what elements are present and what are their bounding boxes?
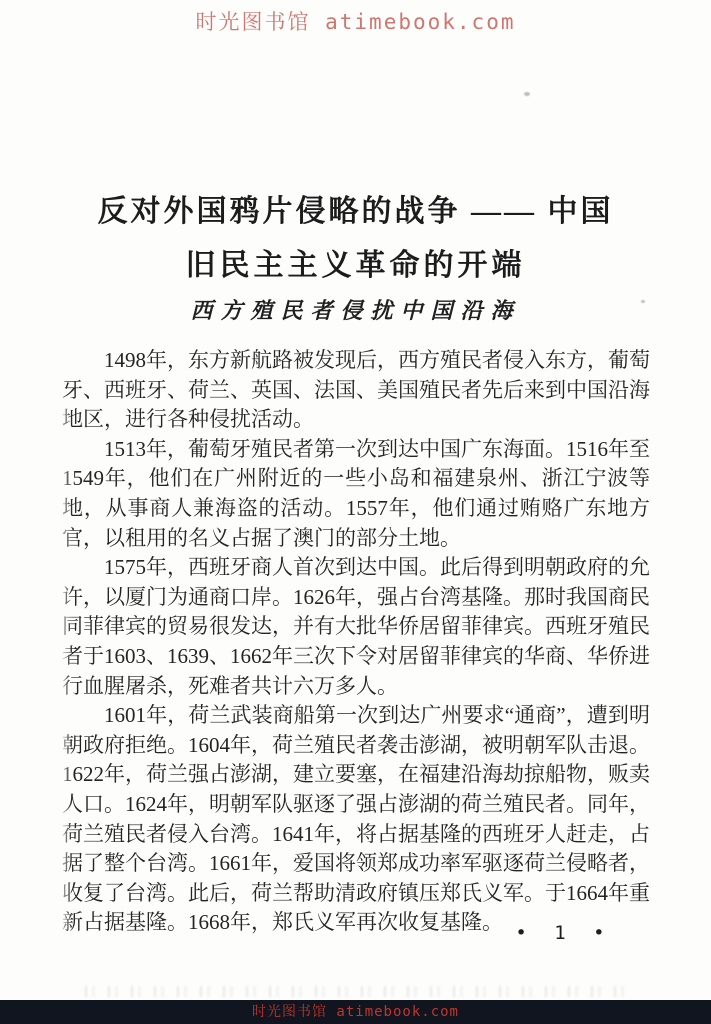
- paragraph-1498: 1498年，东方新航路被发现后，西方殖民者侵入东方，葡萄牙、西班牙、荷兰、英国、…: [62, 346, 650, 435]
- bottom-site-watermark: 时光图书馆 atimebook.com: [252, 1004, 459, 1020]
- bottom-watermark-band: 时光图书馆 atimebook.com: [0, 1000, 711, 1024]
- page-number: • 1 •: [500, 922, 620, 944]
- ink-bleed-through-smudge: [85, 986, 625, 997]
- paragraph-1513: 1513年，葡萄牙殖民者第一次到达中国广东海面。1516年至1549年，他们在广…: [62, 435, 650, 553]
- ebook-scan-viewport: 时光图书馆 atimebook.com 反对外国鸦片侵略的战争 —— 中国 旧民…: [0, 0, 711, 1024]
- body-text-block: 1498年，东方新航路被发现后，西方殖民者侵入东方，葡萄牙、西班牙、荷兰、英国、…: [62, 346, 650, 938]
- chapter-title-line1: 反对外国鸦片侵略的战争 —— 中国: [0, 186, 711, 230]
- scanned-book-page: 反对外国鸦片侵略的战争 —— 中国 旧民主主义革命的开端 西方殖民者侵扰中国沿海…: [0, 0, 711, 1000]
- paragraph-1601: 1601年，荷兰武装商船第一次到达广州要求“通商”，遭到明朝政府拒绝。1604年…: [62, 701, 650, 938]
- scan-speck: [524, 92, 530, 96]
- chapter-title-line2: 旧民主主义革命的开端: [0, 240, 711, 284]
- scan-speck: [641, 300, 645, 303]
- section-subtitle: 西方殖民者侵扰中国沿海: [0, 294, 711, 325]
- paragraph-1575: 1575年，西班牙商人首次到达中国。此后得到明朝政府的允许，以厦门为通商口岸。1…: [62, 553, 650, 701]
